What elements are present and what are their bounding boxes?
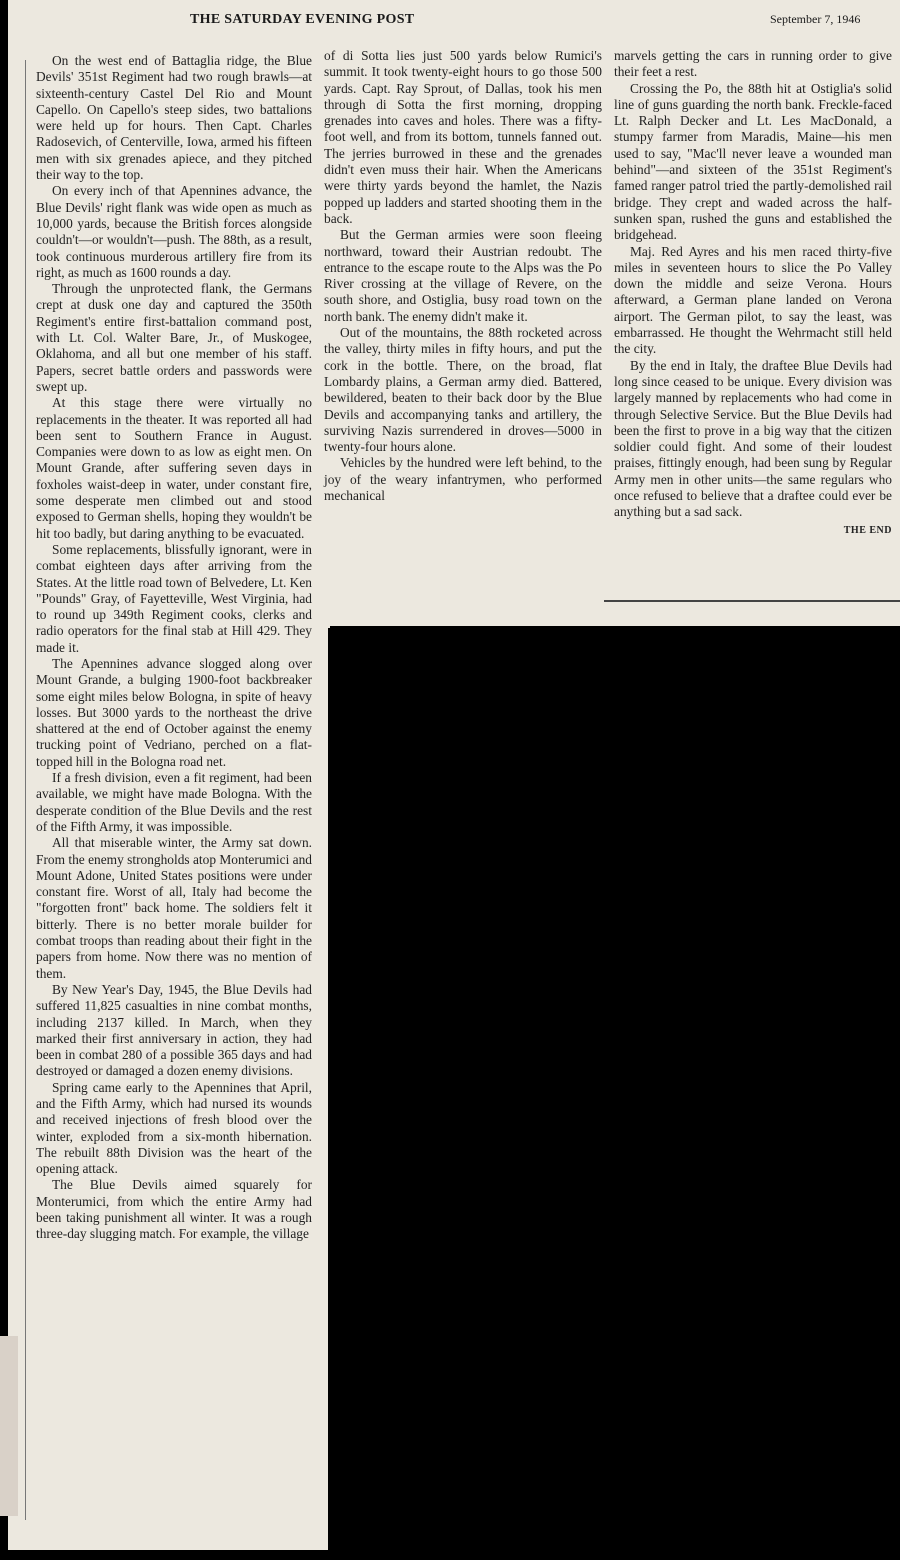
paragraph: Spring came early to the Apennines that … — [36, 1080, 312, 1178]
paragraph: marvels getting the cars in running orde… — [614, 48, 892, 81]
paragraph: The Blue Devils aimed squarely for Monte… — [36, 1177, 312, 1242]
publication-title: THE SATURDAY EVENING POST — [190, 12, 414, 28]
article-column-2: of di Sotta lies just 500 yards below Ru… — [324, 48, 602, 504]
paragraph: Vehicles by the hundred were left behind… — [324, 455, 602, 504]
paragraph: On every inch of that Apennines advance,… — [36, 183, 312, 281]
paragraph: Through the unprotected flank, the Germa… — [36, 281, 312, 395]
column-rule — [604, 600, 900, 602]
blank-black-area — [330, 626, 900, 1560]
paragraph: Out of the mountains, the 88th rocketed … — [324, 325, 602, 455]
paragraph: Maj. Red Ayres and his men raced thirty-… — [614, 244, 892, 358]
paper-scrap-edge — [0, 1336, 18, 1516]
column-rule — [25, 60, 26, 1520]
paragraph: At this stage there were virtually no re… — [36, 395, 312, 542]
end-mark: THE END — [844, 523, 892, 539]
paragraph: By the end in Italy, the draftee Blue De… — [614, 358, 892, 521]
page: THE SATURDAY EVENING POST September 7, 1… — [0, 0, 900, 1560]
paragraph: Crossing the Po, the 88th hit at Ostigli… — [614, 81, 892, 244]
publication-date: September 7, 1946 — [770, 12, 860, 27]
paragraph: By New Year's Day, 1945, the Blue Devils… — [36, 982, 312, 1080]
paragraph: The Apennines advance slogged along over… — [36, 656, 312, 770]
paragraph: All that miserable winter, the Army sat … — [36, 835, 312, 982]
paragraph: On the west end of Battaglia ridge, the … — [36, 53, 312, 183]
paragraph: If a fresh division, even a fit regiment… — [36, 770, 312, 835]
paragraph: But the German armies were soon fleeing … — [324, 227, 602, 325]
paragraph: of di Sotta lies just 500 yards below Ru… — [324, 48, 602, 227]
article-column-3: marvels getting the cars in running orde… — [614, 48, 892, 539]
article-column-1: On the west end of Battaglia ridge, the … — [36, 53, 312, 1243]
paragraph: Some replacements, blissfully ignorant, … — [36, 542, 312, 656]
